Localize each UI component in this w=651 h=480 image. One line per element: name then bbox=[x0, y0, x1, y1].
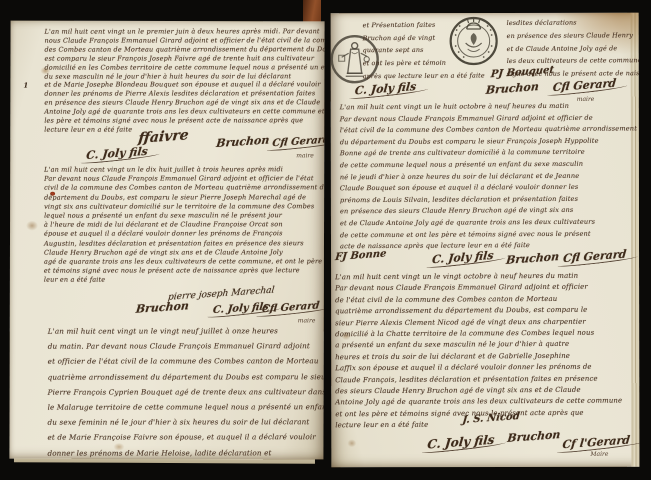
manuscript-line: lesdites déclarations bbox=[507, 16, 637, 30]
manuscript-line: département du Doubs, est comparu le sie… bbox=[44, 193, 316, 203]
signature-bonne: FJ Bonne bbox=[335, 248, 387, 263]
manuscript-line: en présence des sieurs Claude Henry bbox=[507, 29, 637, 43]
signature-faivre: ffaivre bbox=[137, 127, 189, 147]
signature-bruchon: Bruchon bbox=[216, 133, 270, 150]
margin-mark: 1 bbox=[23, 81, 28, 90]
manuscript-line: et de Marie Françoise Faivre son épouse,… bbox=[47, 430, 317, 446]
signature-title-maire: maire bbox=[296, 152, 314, 159]
manuscript-line: domicilié en les Combes territoire de ce… bbox=[44, 63, 316, 72]
foxing-stain bbox=[347, 439, 356, 447]
manuscript-line: des Combes canton de Morteau quatrième a… bbox=[44, 45, 316, 54]
signature-bruchon: Bruchon bbox=[135, 299, 189, 316]
manuscript-line: et ont les père et témoin bbox=[363, 57, 483, 70]
signature-gerard: Cf l'Gerard bbox=[562, 433, 631, 451]
manuscript-line: nous Claude François Emmanuel Girard adj… bbox=[45, 36, 317, 45]
manuscript-line: les père et témoins signé avec nous le p… bbox=[44, 116, 316, 125]
signature-bruchon: Bruchon bbox=[505, 250, 559, 267]
manuscript-line: après que lecture leur en a été faite bbox=[363, 69, 483, 82]
manuscript-line: Pierre François Cyprien Bouquet agé de t… bbox=[48, 384, 318, 400]
signature-gerard: Cfl Gerard bbox=[261, 300, 320, 315]
manuscript-line: vingt six ans cultivateur domicilié sur … bbox=[44, 202, 316, 212]
manuscript-line: quatrième arrondissement du département … bbox=[48, 369, 318, 385]
manuscript-line: du sexe feminin né le jour d'hier à six … bbox=[48, 414, 318, 430]
manuscript-line: quarante sept ans bbox=[363, 44, 483, 57]
birth-act-entry-1: L'an mil huit cent vingt un le premier j… bbox=[44, 28, 316, 136]
signature-joly: C. Joly fils bbox=[427, 433, 495, 452]
signature-joly: C. Joly fils bbox=[86, 145, 149, 162]
manuscript-line: et Présentation faites bbox=[363, 18, 483, 31]
manuscript-line: donner les prénoms de Marie Heloise, lad… bbox=[47, 445, 317, 460]
manuscript-line: leur en a été faite bbox=[44, 276, 316, 286]
birth-act-entry-2: L'an mil huit cent vingt un le dix huit … bbox=[44, 166, 316, 286]
signature-bruchon: Bruchon bbox=[485, 80, 539, 97]
manuscript-line: Claude Henry Bruchon agé de vingt six an… bbox=[44, 248, 316, 258]
left-page: 1 L'an mil huit cent vingt un le premier… bbox=[9, 21, 324, 460]
act-continuation-left-column: et Présentation faitesBruchon agé de vin… bbox=[363, 19, 483, 83]
foxing-stain bbox=[26, 221, 38, 231]
birth-act-entry-3: L'an mil huit cent vingt un le vingt neu… bbox=[47, 324, 317, 460]
signature-title-maire: Maire bbox=[590, 451, 608, 458]
right-page: et Présentation faitesBruchon agé de vin… bbox=[331, 13, 640, 468]
manuscript-line: est comparu le sieur François Joseph Fai… bbox=[44, 54, 316, 63]
birth-act-entry-5: L'an mil huit cent vingt un le vingt oct… bbox=[335, 272, 635, 432]
manuscript-line: L'an mil huit cent vingt un le premier j… bbox=[45, 27, 317, 36]
scanned-register-spread: 1 L'an mil huit cent vingt un le premier… bbox=[0, 0, 651, 480]
signature-gerard: Cfl Gerard bbox=[272, 134, 325, 149]
manuscript-line: du matin. Par devant nous Claude Françoi… bbox=[48, 338, 318, 354]
manuscript-line: civil de la commune des Combes canton de… bbox=[44, 184, 316, 194]
manuscript-line: L'an mil huit cent vingt un le vingt neu… bbox=[48, 323, 318, 339]
signature-bruchon: Bruchon bbox=[507, 428, 561, 445]
birth-act-entry-4: L'an mil huit cent vingt un le huit octo… bbox=[340, 102, 635, 253]
manuscript-line: le Malaruge territoire de cette commune … bbox=[48, 399, 318, 415]
manuscript-line: épouse et auquel il a déclaré vouloir do… bbox=[44, 230, 316, 240]
manuscript-line: et officier de l'état civil de la commun… bbox=[48, 354, 318, 370]
manuscript-line: Augustin, lesdites déclaration et présen… bbox=[44, 239, 316, 249]
